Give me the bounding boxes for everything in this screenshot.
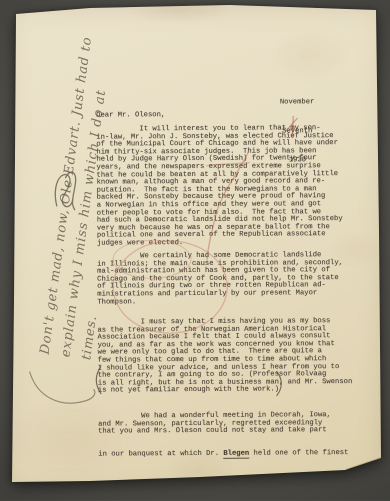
connector-curve (30, 372, 95, 404)
letter-page: November Seventh 1930 Dear Mr. Oleson, I… (0, 0, 390, 500)
paragraph-miss-having-you: I must say that I miss having you as my … (97, 318, 352, 395)
lastline-suffix: held one of the finest (249, 449, 348, 458)
paragraph-election-news: It will interest you to learn that my so… (96, 125, 343, 248)
lastline-prefix: in our banquest at which Dr. (98, 450, 223, 459)
letter-content: November Seventh 1930 Dear Mr. Oleson, I… (0, 0, 390, 500)
date-month: November (271, 98, 323, 108)
paper-shadow: November Seventh 1930 Dear Mr. Oleson, I… (0, 0, 390, 500)
paragraph-decorah-lastline: in our banquest at which Dr. Blegen held… (98, 450, 348, 459)
paragraph-decorah-meeting: We had a wonderful meeting in Decorah, I… (98, 397, 349, 474)
fold-crease (346, 457, 382, 469)
letter-scan: November Seventh 1930 Dear Mr. Oleson, I… (0, 0, 390, 500)
paragraph-democratic-landslide: We certainly had some Democratic landsli… (97, 252, 343, 307)
name-blegen-emphasized: Blegen (223, 450, 249, 459)
paragraph-decorah-intro: We had a wonderful meeting in Decorah, I… (98, 412, 348, 436)
